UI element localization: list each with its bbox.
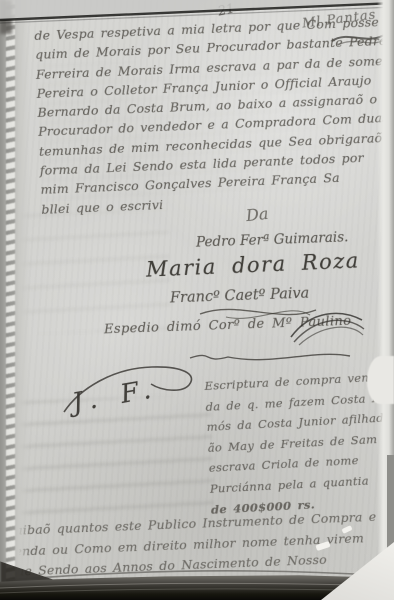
scanned-manuscript-page: 21 Ml Pantas de Vespa respetiva a mia le…	[0, 0, 394, 600]
torn-left-edge-fray	[6, 0, 15, 600]
margin-summary: Escriptura de compra ven da de q. me faz…	[204, 366, 393, 519]
notary-paraph: Da	[245, 204, 269, 225]
signature-flourish-icon	[286, 305, 366, 349]
torn-right-notch	[367, 356, 394, 404]
main-paragraph: de Vespa respetiva a mia letra por que C…	[34, 12, 393, 219]
signature-maria: Maria dora Roza	[146, 248, 361, 281]
page-top-edge	[0, 0, 394, 26]
signature-pedro: Pedro Ferª Guimarais.	[196, 229, 349, 250]
torn-left-edge	[0, 0, 30, 600]
paper-sheet: 21 Ml Pantas de Vespa respetiva a mia le…	[0, 0, 394, 600]
signature-flourish-icon	[188, 349, 352, 365]
